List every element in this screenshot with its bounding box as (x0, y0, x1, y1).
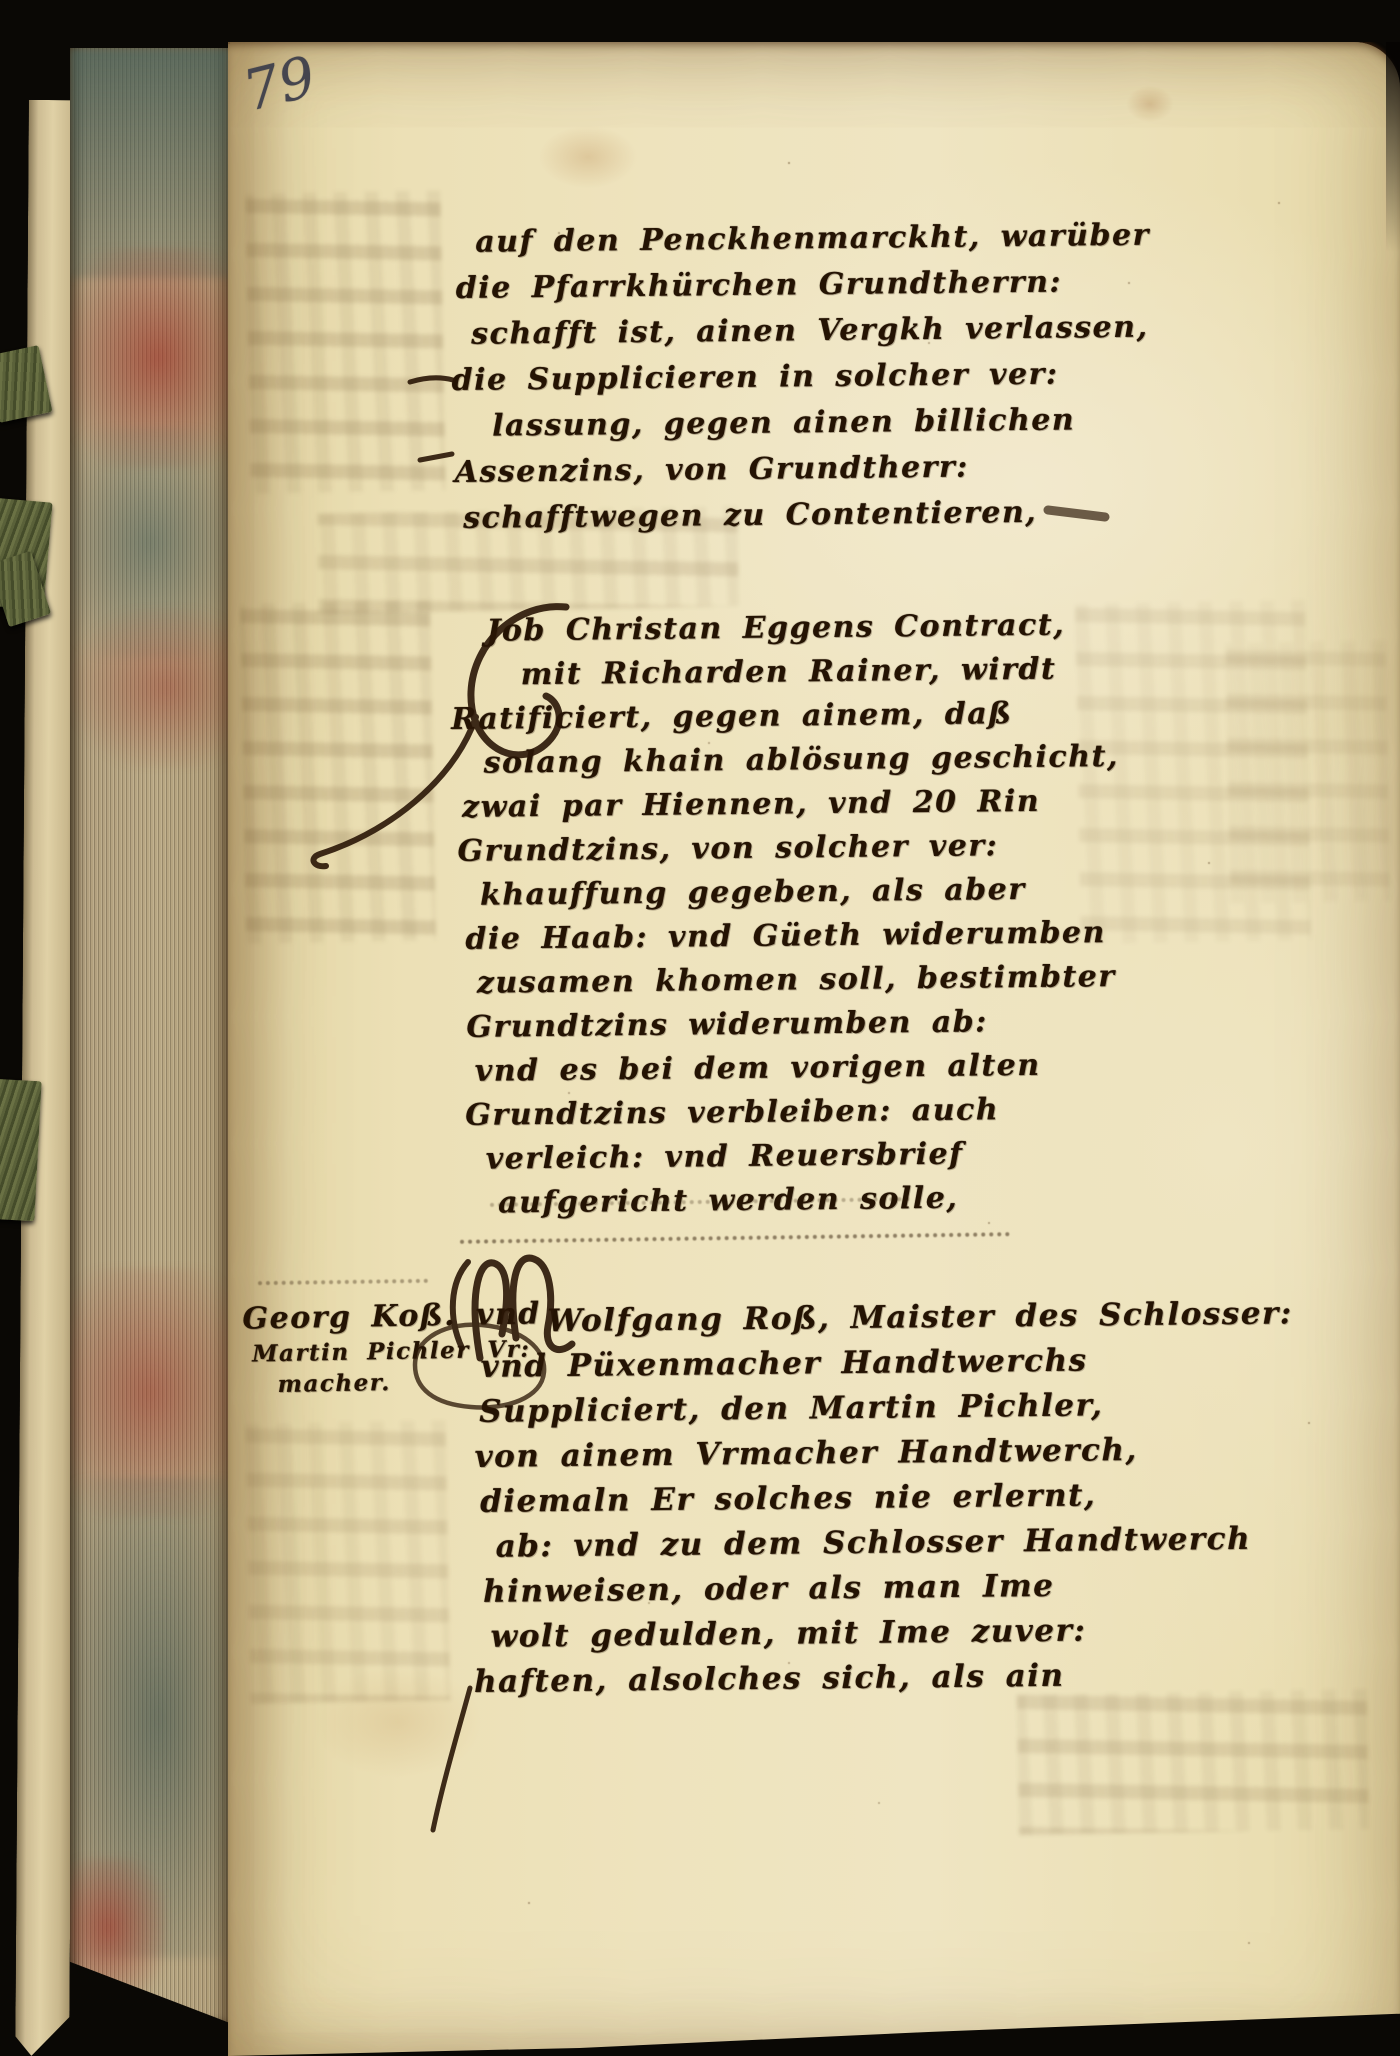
page-edge-shadow (1386, 42, 1400, 252)
ink-bleed-dots (460, 1232, 1010, 1244)
manuscript-page: 79 auf den Penckhenmarckht, warüber die … (228, 42, 1400, 2056)
handwriting-line: Grundtzins verbleiben: auch (465, 1087, 1123, 1138)
handwriting-line: schafft ist, ainen Vergkh verlassen, (471, 305, 1151, 358)
paragraph-2: Job Christan Eggens Contract, mit Richar… (450, 603, 1124, 1226)
handwriting-line: auf den Penckhenmarckht, warüber (475, 213, 1150, 266)
ink-bleed-through (1017, 1689, 1369, 1835)
handwriting-line: aufgericht werden solle, (498, 1175, 1124, 1226)
handwriting-line: haften, alsolches sich, als ain (474, 1651, 1297, 1705)
ink-bleed-dots (258, 1279, 428, 1285)
handwriting-line: die Supplicieren in solcher ver: (451, 351, 1151, 404)
handwriting-line: vnd es bei dem vorigen alten (475, 1043, 1123, 1094)
paper-specks (228, 42, 230, 44)
handwriting-line: Ratificiert, gegen ainem, daß (451, 691, 1119, 742)
fore-edge-teal-stain (70, 48, 230, 278)
handwriting-line: Wolfgang Roß, Maister des Schlosser: (547, 1291, 1293, 1344)
handwriting-line: die Haab: vnd Güeth widerumben (465, 911, 1121, 962)
bookmark-ribbon (0, 1079, 42, 1221)
ink-bleed-through (240, 600, 436, 943)
handwriting-line: Grundtzins, von solcher ver: (457, 823, 1120, 874)
ink-bleed-through (245, 190, 445, 493)
ink-bleed-through (1226, 641, 1391, 904)
handwriting-line: zusamen khomen soll, bestimbter (477, 955, 1122, 1006)
handwriting-line: solang khain ablösung geschicht, (483, 735, 1119, 786)
handwriting-line: schafftwegen zu Contentieren, (463, 489, 1153, 542)
page-number: 79 (237, 44, 322, 124)
fore-edge-red-stain (70, 1858, 166, 1998)
paragraph-1: auf den Penckhenmarckht, warüber die Pfa… (450, 213, 1153, 542)
fore-edge-red-stain (70, 608, 230, 768)
handwriting-line: die Pfarrkhürchen Grundtherrn: (455, 259, 1150, 312)
handwriting-line: mit Richarden Rainer, wirdt (520, 647, 1118, 697)
book-fore-edge (70, 48, 230, 2023)
handwriting-line: Assenzins, von Grundtherr: (454, 443, 1152, 496)
handwriting-line: Job Christan Eggens Contract, (486, 603, 1118, 654)
handwriting-line: zwai par Hiennen, vnd 20 Rin (462, 779, 1120, 830)
ink-bleed-through (246, 1420, 451, 1703)
handwriting-line: ab: vnd zu dem Schlosser Handtwerch (495, 1516, 1295, 1569)
handwriting-line: verleich: vnd Reuersbrief (486, 1131, 1124, 1182)
paragraph-3: Wolfgang Roß, Maister des Schlosser: vnd… (470, 1291, 1297, 1705)
handwriting-line: Grundtzins widerumben ab: (466, 999, 1122, 1050)
handwriting-line: lassung, gegen ainen billichen (492, 397, 1152, 450)
handwriting-line: khauffung gegeben, als aber (480, 867, 1121, 918)
manuscript-book-scan: 79 auf den Penckhenmarckht, warüber die … (0, 0, 1400, 2056)
